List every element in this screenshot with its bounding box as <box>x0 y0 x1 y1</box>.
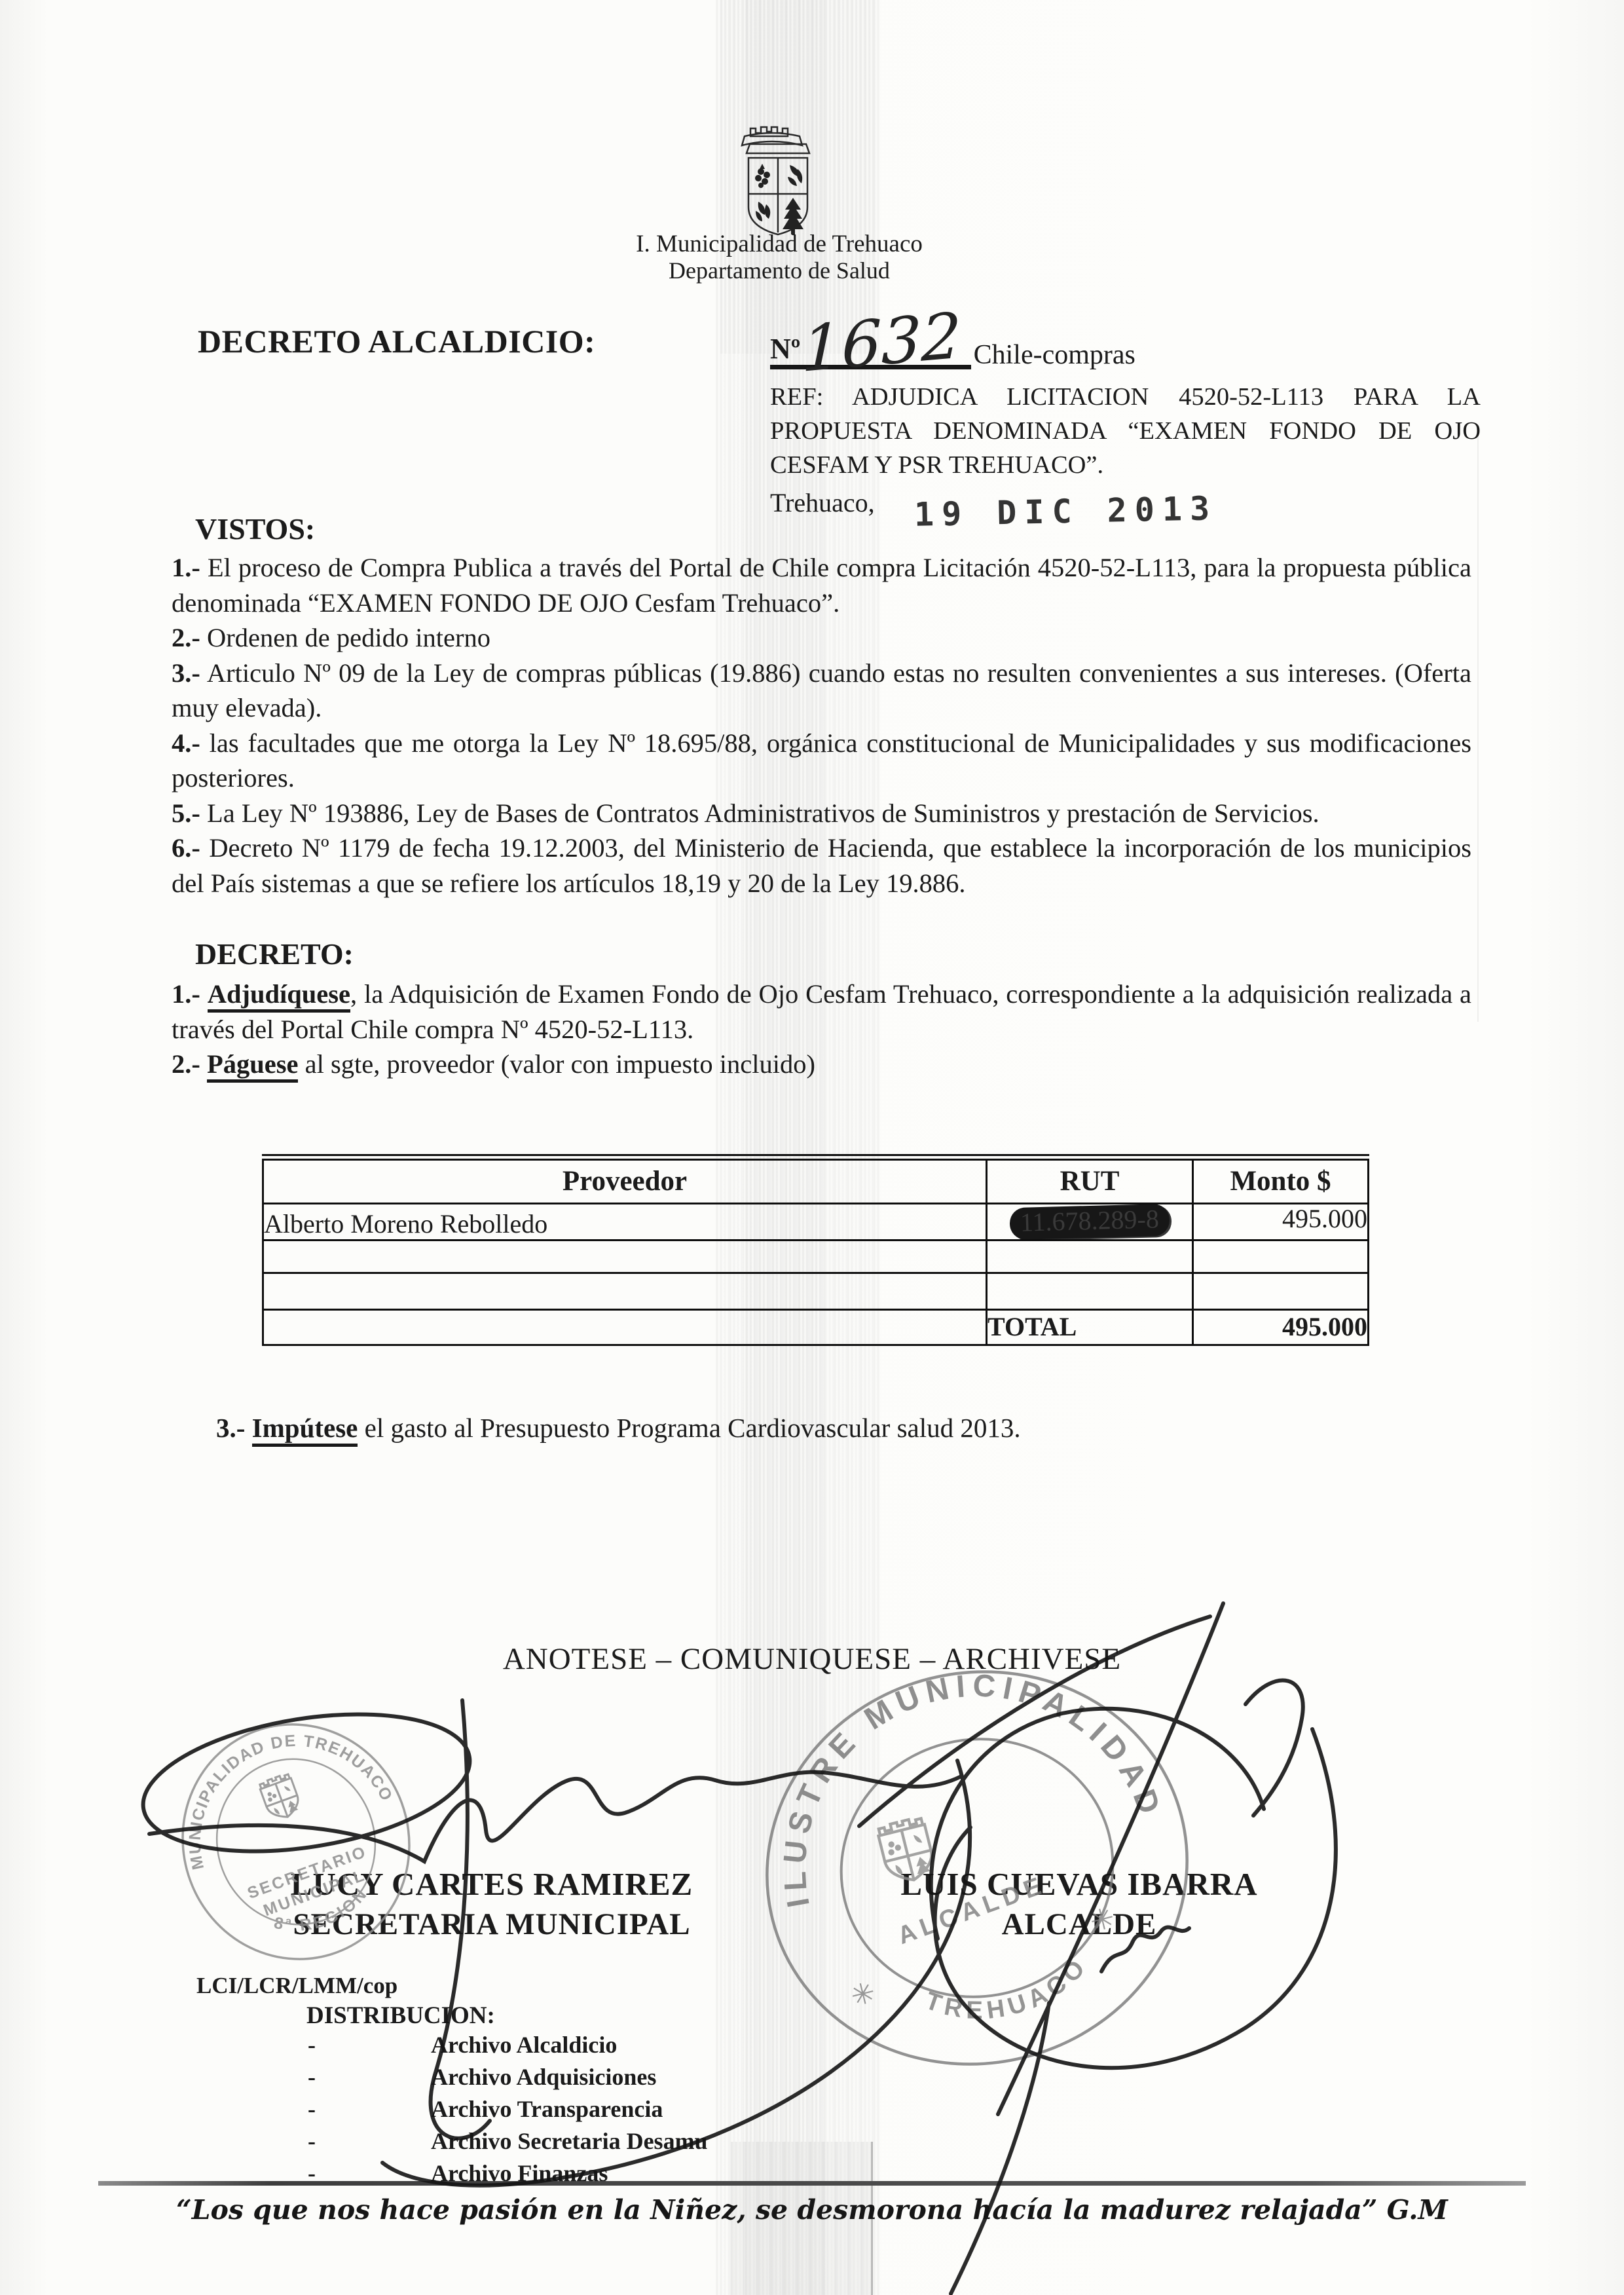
decree-number-line: Nº 1632 Chile-compras <box>770 293 1135 369</box>
vistos-item-6: 6.- Decreto Nº 1179 de fecha 19.12.2003,… <box>172 830 1471 901</box>
empty-cell <box>987 1273 1193 1310</box>
stamp-star-icon: ✳ <box>847 1976 879 2013</box>
item-text: , la Adquisición de Examen Fondo de Ojo … <box>172 979 1471 1044</box>
item-text: Articulo Nº 09 de la Ley de compras públ… <box>172 658 1471 723</box>
item-text: Decreto Nº 1179 de fecha 19.12.2003, del… <box>172 833 1471 898</box>
reference-paragraph: REF: ADJUDICA LICITACION 4520-52-L113 PA… <box>770 380 1481 482</box>
imputese-clause: 3.- Impútese el gasto al Presupuesto Pro… <box>216 1412 1369 1444</box>
empty-cell <box>263 1273 987 1310</box>
scan-fold-line <box>1477 432 1479 1022</box>
item-number: 2.- <box>172 623 200 652</box>
decree-number-prefix: Nº <box>770 335 800 364</box>
decree-number-underline: Nº 1632 <box>770 318 971 369</box>
col-header-rut: RUT <box>987 1157 1193 1204</box>
vistos-item-2: 2.- Ordenen de pedido interno <box>172 620 1471 656</box>
item-number: 2.- <box>172 1049 200 1079</box>
handwritten-signatures <box>134 1603 1336 2294</box>
decreto-heading: DECRETO: <box>172 937 1471 971</box>
item-keyword: Páguese <box>207 1049 298 1083</box>
item-text: el gasto al Presupuesto Programa Cardiov… <box>358 1413 1020 1443</box>
item-number: 3.- <box>172 658 200 688</box>
item-number: 4.- <box>172 728 200 758</box>
department-name: Departamento de Salud <box>485 257 1074 284</box>
item-text: El proceso de Compra Publica a través de… <box>172 553 1471 618</box>
secretary-stamp: MUNICIPALIDAD DE TREHUACO 8ª REGION SECR… <box>150 1692 442 1991</box>
item-keyword: Adjudíquese <box>208 979 350 1013</box>
mayor-stamp: ILUSTRE MUNICIPALIDAD TREHUACO ALCALDE ✳… <box>724 1623 1229 2108</box>
stamps-and-signatures-overlay: MUNICIPALIDAD DE TREHUACO 8ª REGION SECR… <box>0 1559 1624 2295</box>
provider-table: Proveedor RUT Monto $ Alberto Moreno Reb… <box>262 1154 1369 1346</box>
empty-cell <box>1193 1273 1369 1310</box>
vistos-item-5: 5.- La Ley Nº 193886, Ley de Bases de Co… <box>172 796 1471 831</box>
total-label-cell: TOTAL <box>987 1310 1193 1345</box>
vistos-heading: VISTOS: <box>172 512 1471 546</box>
table-row: Alberto Moreno Rebolledo 11.678.289-8 49… <box>263 1204 1369 1241</box>
empty-cell <box>987 1241 1193 1273</box>
document-body: VISTOS: 1.- El proceso de Compra Publica… <box>172 512 1471 1082</box>
item-text: las facultades que me otorga la Ley Nº 1… <box>172 728 1471 793</box>
decreto-item-1: 1.- Adjudíquese, la Adquisición de Exame… <box>172 977 1471 1047</box>
provider-name-cell: Alberto Moreno Rebolledo <box>263 1204 987 1241</box>
stamp-ring-text: TREHUACO <box>916 1948 1101 2042</box>
stamp-center-text: ALCALDE <box>894 1871 1050 1950</box>
item-number: 5.- <box>172 798 200 828</box>
vistos-item-1: 1.- El proceso de Compra Publica a travé… <box>172 550 1471 620</box>
table-row <box>263 1273 1369 1310</box>
decree-number-handwritten: 1632 <box>802 311 962 375</box>
document-title: DECRETO ALCALDICIO: <box>198 322 595 360</box>
item-number: 1.- <box>172 979 200 1009</box>
table-row <box>263 1241 1369 1273</box>
item-number: 1.- <box>172 553 200 582</box>
redacted-rut: 11.678.289-8 <box>1009 1204 1170 1240</box>
total-value-cell: 495.000 <box>1193 1310 1369 1345</box>
decree-number-suffix: Chile-compras <box>974 341 1135 369</box>
item-text: La Ley Nº 193886, Ley de Bases de Contra… <box>207 798 1319 828</box>
item-number: 3.- <box>216 1413 245 1443</box>
empty-cell <box>263 1241 987 1273</box>
item-text: al sgte, proveedor (valor con impuesto i… <box>298 1049 815 1079</box>
provider-rut-cell: 11.678.289-8 <box>987 1204 1193 1241</box>
scanned-decree-page: I. Municipalidad de Trehuaco Departament… <box>0 0 1624 2295</box>
vistos-item-4: 4.- las facultades que me otorga la Ley … <box>172 726 1471 796</box>
header-org-block: I. Municipalidad de Trehuaco Departament… <box>485 231 1074 284</box>
item-keyword: Impútese <box>252 1413 358 1447</box>
table-total-row: TOTAL 495.000 <box>263 1310 1369 1345</box>
empty-cell <box>1193 1241 1369 1273</box>
col-header-proveedor: Proveedor <box>263 1157 987 1204</box>
item-number: 6.- <box>172 833 200 863</box>
decreto-item-2: 2.- Páguese al sgte, proveedor (valor co… <box>172 1047 1471 1082</box>
item-text: Ordenen de pedido interno <box>207 623 490 652</box>
col-header-monto: Monto $ <box>1193 1157 1369 1204</box>
svg-text:TREHUACO: TREHUACO <box>916 1948 1101 2042</box>
vistos-item-3: 3.- Articulo Nº 09 de la Ley de compras … <box>172 656 1471 726</box>
provider-monto-cell: 495.000 <box>1193 1204 1369 1241</box>
institution-name: I. Municipalidad de Trehuaco <box>485 231 1074 257</box>
table-header-row: Proveedor RUT Monto $ <box>263 1157 1369 1204</box>
empty-cell <box>263 1310 987 1345</box>
